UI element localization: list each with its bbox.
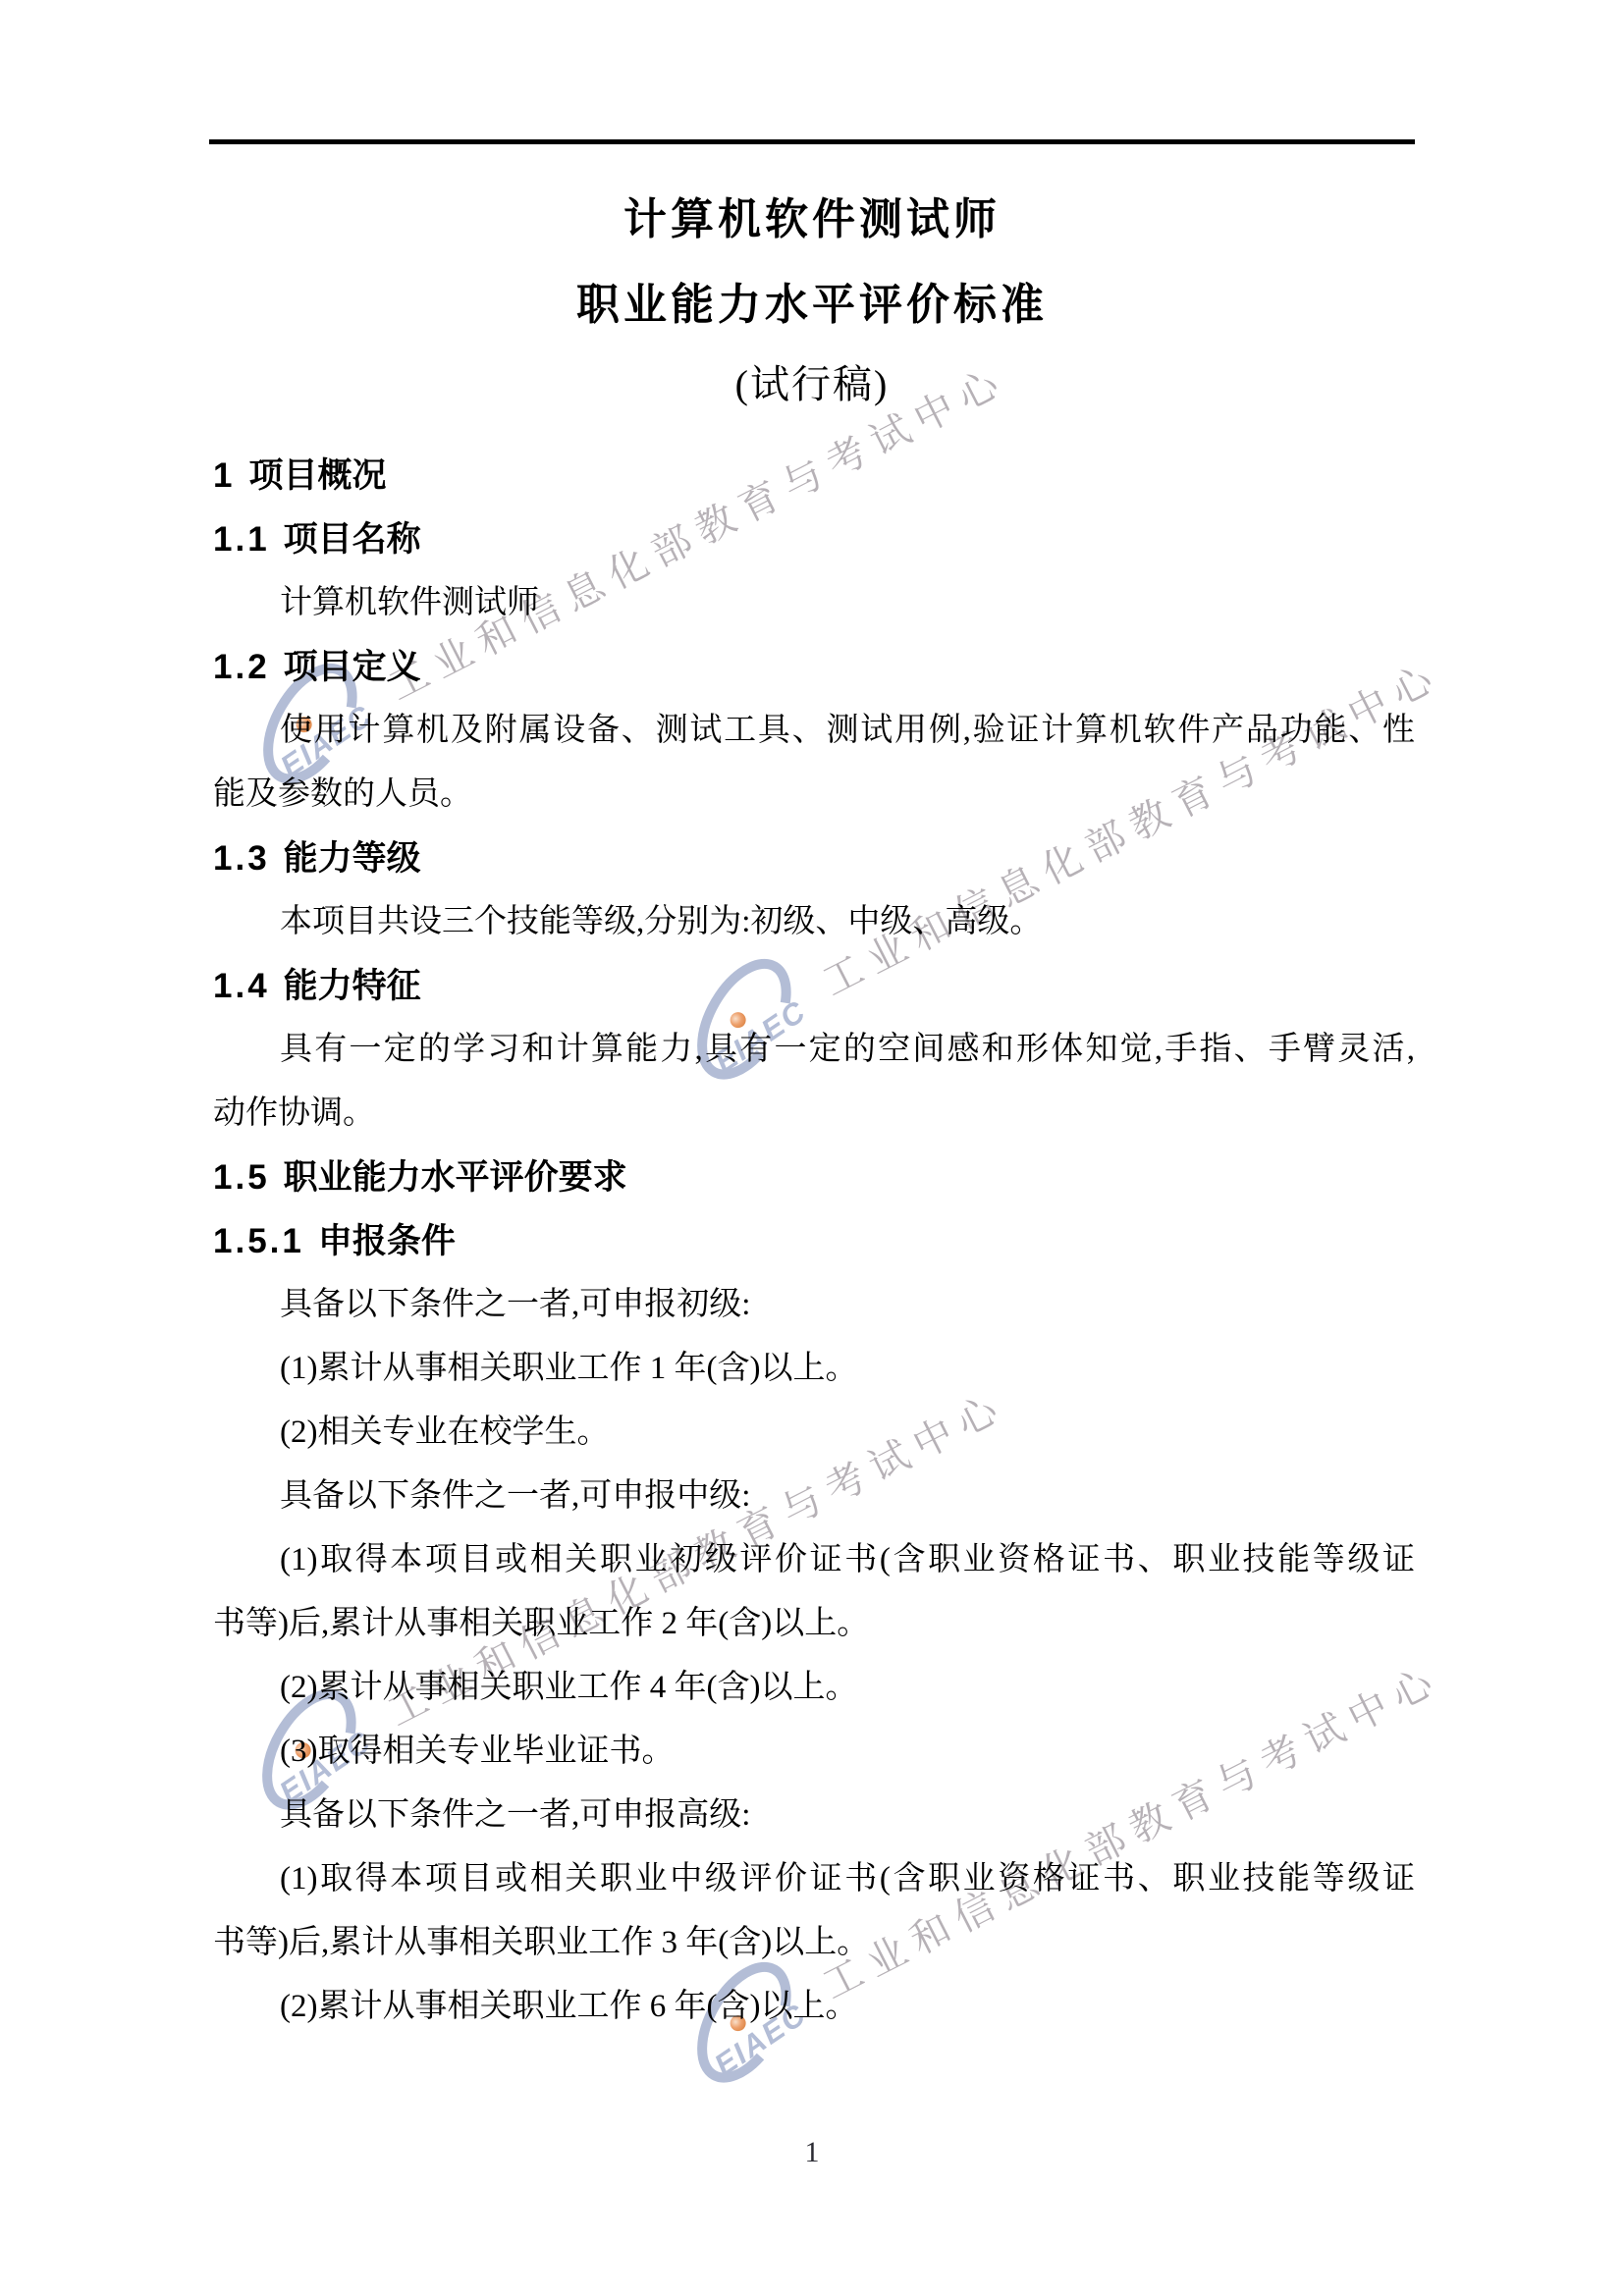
heading-title: 申报条件 [318, 1222, 456, 1260]
heading-1.5: 1.5职业能力水平评价要求 [213, 1146, 1415, 1209]
heading-number: 1.4 [213, 967, 270, 1005]
page-number: 1 [0, 2136, 1624, 2169]
paragraph-line: (3)取得相关专业毕业证书。 [213, 1720, 1415, 1784]
heading-title: 项目定义 [284, 648, 421, 686]
paragraph-line: 具备以下条件之一者,可申报初级: [213, 1273, 1415, 1337]
paragraph-line: 具备以下条件之一者,可申报中级: [213, 1465, 1415, 1528]
heading-number: 1.5 [213, 1158, 270, 1197]
paragraph-line: (1)取得本项目或相关职业初级评价证书(含职业资格证书、职业技能等级证 [213, 1528, 1415, 1592]
heading-title: 能力特征 [284, 967, 421, 1005]
heading-1.2: 1.2项目定义 [213, 635, 1415, 699]
heading-title: 职业能力水平评价要求 [284, 1158, 627, 1197]
heading-1.3: 1.3能力等级 [213, 827, 1415, 890]
paragraph-line: (2)相关专业在校学生。 [213, 1401, 1415, 1465]
paragraph-line: 具有一定的学习和计算能力,具有一定的空间感和形体知觉,手指、手臂灵活, [213, 1018, 1415, 1082]
paragraph-line: 动作协调。 [213, 1082, 1415, 1146]
heading-1.1: 1.1项目名称 [213, 507, 1415, 571]
heading-1: 1项目概况 [213, 444, 1415, 507]
document-body: 1项目概况1.1项目名称计算机软件测试师1.2项目定义使用计算机及附属设备、测试… [213, 444, 1415, 2039]
paragraph-line: 计算机软件测试师 [213, 571, 1415, 635]
heading-number: 1.3 [213, 839, 270, 878]
heading-1.4: 1.4能力特征 [213, 954, 1415, 1018]
paragraph-line: (1)取得本项目或相关职业中级评价证书(含职业资格证书、职业技能等级证 [213, 1847, 1415, 1911]
heading-number: 1.1 [213, 520, 270, 559]
heading-title: 能力等级 [284, 839, 421, 878]
paragraph-line: (2)累计从事相关职业工作 4 年(含)以上。 [213, 1656, 1415, 1720]
paragraph-line: 书等)后,累计从事相关职业工作 3 年(含)以上。 [213, 1911, 1415, 1975]
paragraph-line: 具备以下条件之一者,可申报高级: [213, 1784, 1415, 1847]
paragraph-line: 书等)后,累计从事相关职业工作 2 年(含)以上。 [213, 1592, 1415, 1656]
heading-number: 1.5.1 [213, 1222, 304, 1260]
heading-title: 项目概况 [248, 456, 386, 495]
heading-number: 1.2 [213, 648, 270, 686]
paragraph-line: 能及参数的人员。 [213, 763, 1415, 827]
heading-number: 1 [213, 456, 235, 495]
document-page: EIAEC工业和信息化部教育与考试中心EIAEC工业和信息化部教育与考试中心EI… [0, 0, 1624, 2296]
paragraph-line: (1)累计从事相关职业工作 1 年(含)以上。 [213, 1337, 1415, 1401]
paragraph-line: 本项目共设三个技能等级,分别为:初级、中级、高级。 [213, 890, 1415, 954]
heading-title: 项目名称 [284, 520, 421, 559]
heading-1.5.1: 1.5.1申报条件 [213, 1209, 1415, 1273]
paragraph-line: 使用计算机及附属设备、测试工具、测试用例,验证计算机软件产品功能、性 [213, 699, 1415, 763]
paragraph-line: (2)累计从事相关职业工作 6 年(含)以上。 [213, 1975, 1415, 2039]
